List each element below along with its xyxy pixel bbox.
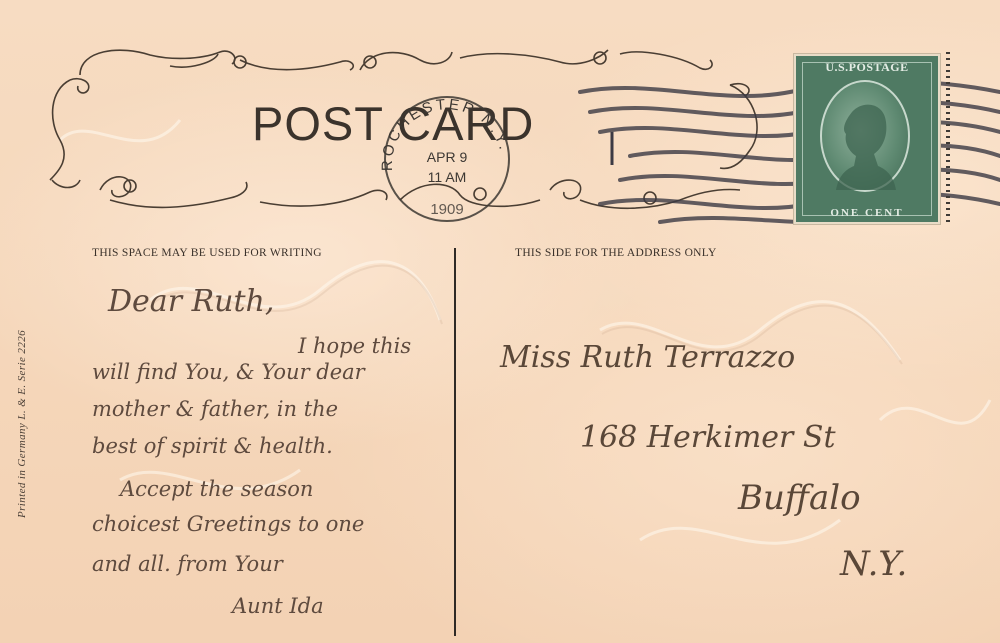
message-line: Dear Ruth, [108,284,274,319]
stamp-perforation-line [946,52,950,222]
message-line: best of spirit & health. [92,434,333,458]
center-divider-line [454,248,456,636]
message-signature: Aunt Ida [232,594,324,618]
address-city: Buffalo [738,478,861,518]
stamp-top-text: U.S.POSTAGE [796,60,938,75]
address-recipient: Miss Ruth Terrazzo [500,340,795,375]
printer-imprint: Printed in Germany L. & E. Serie 2226 [16,294,28,554]
message-line: and all. from Your [92,552,283,576]
message-line: mother & father, in the [92,397,338,421]
postmark-year: 1909 [430,201,463,218]
franklin-portrait-icon [820,80,910,192]
address-street: 168 Herkimer St [580,420,836,455]
postmark-time: 11 AM [428,169,467,185]
postmark-date: APR 9 [427,149,468,165]
message-line: I hope this [298,334,411,358]
postcard: POST CARD ROCHESTER N.Y. APR 9 11 AM 190… [0,0,1000,643]
address-state: N.Y. [840,544,907,584]
address-side-label: THIS SIDE FOR THE ADDRESS ONLY [515,247,717,259]
message-line: choicest Greetings to one [92,512,364,536]
message-line: will find You, & Your dear [92,360,365,384]
postage-stamp: U.S.POSTAGE ONE CENT [794,54,940,224]
message-line: Accept the season [120,477,313,501]
stamp-denomination: ONE CENT [796,207,938,219]
postmark: ROCHESTER N.Y. APR 9 11 AM 1909 [372,84,522,234]
writing-space-label: THIS SPACE MAY BE USED FOR WRITING [92,247,322,259]
